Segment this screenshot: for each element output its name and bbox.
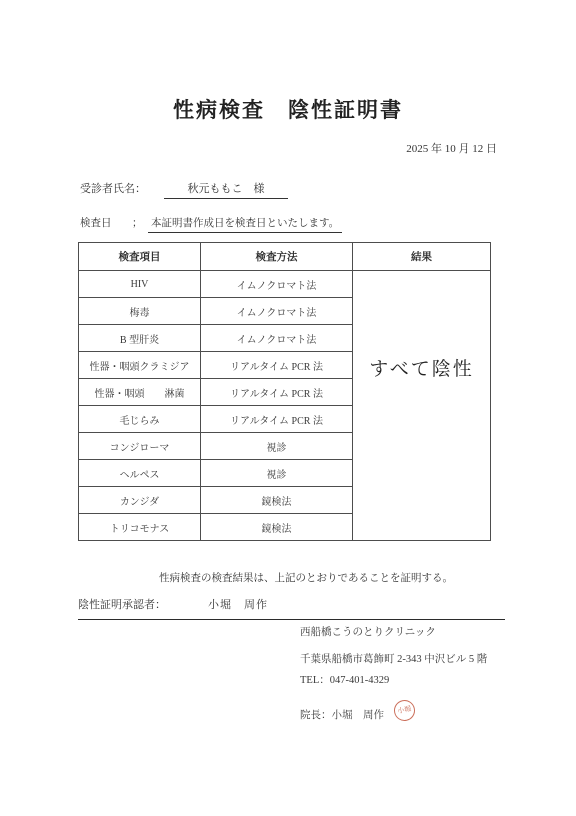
exam-date-note: 本証明書作成日を検査日といたします。 bbox=[148, 215, 342, 233]
test-method: 視診 bbox=[201, 460, 353, 487]
certificate-page: 性病検査 陰性証明書 2025 年 10 月 12 日 受診者氏名：秋元ももこ … bbox=[0, 0, 576, 816]
page-title: 性病検査 陰性証明書 bbox=[0, 94, 576, 124]
column-header-method: 検査方法 bbox=[201, 243, 353, 271]
table-header-row: 検査項目 検査方法 結果 bbox=[79, 243, 491, 271]
test-method: リアルタイム PCR 法 bbox=[201, 352, 353, 379]
patient-name-value: 秋元ももこ 様 bbox=[164, 180, 288, 199]
test-method: イムノクロマト法 bbox=[201, 298, 353, 325]
clinic-address: 千葉県船橋市葛飾町 2-343 中沢ビル 5 階 bbox=[300, 651, 487, 666]
column-header-result: 結果 bbox=[353, 243, 491, 271]
test-item: 性器・咽頭クラミジア bbox=[79, 352, 201, 379]
test-method: リアルタイム PCR 法 bbox=[201, 379, 353, 406]
table-row: HIV イムノクロマト法 すべて陰性 bbox=[79, 271, 491, 298]
exam-date-separator: ； bbox=[132, 215, 148, 230]
director-name: 院長：小堀 周作 bbox=[300, 710, 384, 721]
director-row: 院長：小堀 周作小堀 bbox=[300, 705, 415, 726]
test-item: 毛じらみ bbox=[79, 406, 201, 433]
test-results-table: 検査項目 検査方法 結果 HIV イムノクロマト法 すべて陰性 梅毒 イムノクロ… bbox=[78, 242, 491, 541]
test-item: コンジローマ bbox=[79, 433, 201, 460]
test-item: トリコモナス bbox=[79, 514, 201, 541]
test-method: 鏡検法 bbox=[201, 487, 353, 514]
issue-date: 2025 年 10 月 12 日 bbox=[0, 140, 576, 156]
clinic-tel: TEL：047-401-4329 bbox=[300, 672, 389, 687]
patient-name-row: 受診者氏名：秋元ももこ 様 bbox=[80, 180, 288, 199]
overall-result: すべて陰性 bbox=[353, 271, 491, 541]
clinic-name: 西船橋こうのとりクリニック bbox=[300, 624, 436, 639]
certify-statement: 性病検査の検査結果は、上記のとおりであることを証明する。 bbox=[0, 570, 576, 585]
exam-date-row: 検査日；本証明書作成日を検査日といたします。 bbox=[80, 215, 342, 233]
test-method: 視診 bbox=[201, 433, 353, 460]
test-method: リアルタイム PCR 法 bbox=[201, 406, 353, 433]
exam-date-label: 検査日 bbox=[80, 215, 132, 230]
director-hanko-seal-icon: 小堀 bbox=[392, 698, 417, 723]
test-item: 梅毒 bbox=[79, 298, 201, 325]
test-method: イムノクロマト法 bbox=[201, 325, 353, 352]
approver-label: 陰性証明承認者： bbox=[78, 599, 166, 611]
test-item: カンジダ bbox=[79, 487, 201, 514]
test-item: ヘルペス bbox=[79, 460, 201, 487]
test-method: 鏡検法 bbox=[201, 514, 353, 541]
approver-name: 小堀 周作 bbox=[208, 599, 268, 611]
test-method: イムノクロマト法 bbox=[201, 271, 353, 298]
patient-name-label: 受診者氏名： bbox=[80, 183, 146, 195]
test-item: 性器・咽頭 淋菌 bbox=[79, 379, 201, 406]
approver-row: 陰性証明承認者：小堀 周作 bbox=[78, 596, 505, 620]
test-item: B 型肝炎 bbox=[79, 325, 201, 352]
test-item: HIV bbox=[79, 271, 201, 298]
column-header-item: 検査項目 bbox=[79, 243, 201, 271]
